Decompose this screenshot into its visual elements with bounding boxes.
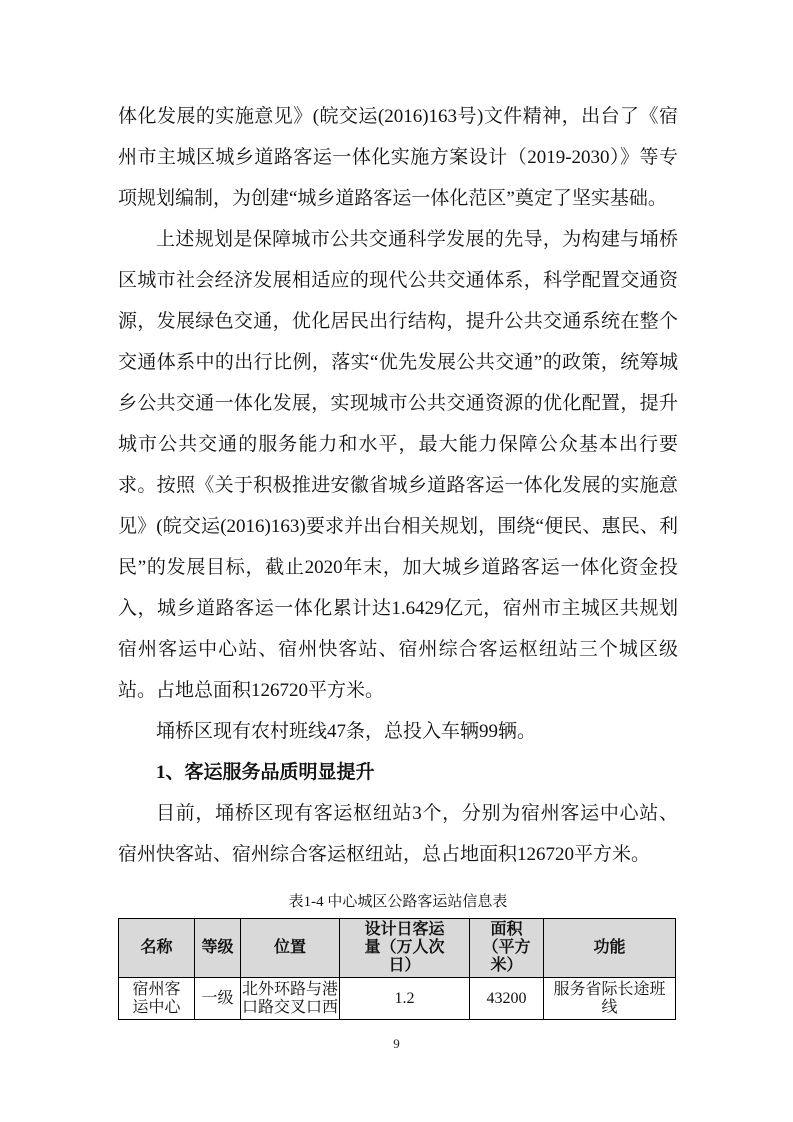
cell-grade: 一级 xyxy=(195,978,241,1020)
paragraph-hub-stations: 目前，埇桥区现有客运枢纽站3个，分别为宿州客运中心站、宿州快客站、宿州综合客运枢… xyxy=(118,793,678,875)
table-header-location: 位置 xyxy=(241,919,340,978)
paragraph-rural-lines: 埇桥区现有农村班线47条，总投入车辆99辆。 xyxy=(118,711,678,752)
section-heading: 1、客运服务品质明显提升 xyxy=(118,752,678,793)
table-header-capacity: 设计日客运量（万人次日） xyxy=(340,919,470,978)
document-body: 体化发展的实施意见》(皖交运(2016)163号)文件精神，出台了《宿州市主城区… xyxy=(118,96,678,1020)
cell-capacity: 1.2 xyxy=(340,978,470,1020)
bus-station-info-table: 名称 等级 位置 设计日客运量（万人次日） 面积（平方米） 功能 宿州客运中心 … xyxy=(118,918,676,1020)
table-header-function: 功能 xyxy=(544,919,676,978)
table-header-row: 名称 等级 位置 设计日客运量（万人次日） 面积（平方米） 功能 xyxy=(119,919,676,978)
cell-area: 43200 xyxy=(470,978,544,1020)
cell-location: 北外环路与港口路交叉口西 xyxy=(241,978,340,1020)
cell-function: 服务省际长途班线 xyxy=(544,978,676,1020)
document-page: 体化发展的实施意见》(皖交运(2016)163号)文件精神，出台了《宿州市主城区… xyxy=(0,0,793,1122)
table-caption: 表1-4 中心城区公路客运站信息表 xyxy=(118,892,678,912)
table-header-grade: 等级 xyxy=(195,919,241,978)
paragraph-planning: 上述规划是保障城市公共交通科学发展的先导，为构建与埇桥区城市社会经济发展相适应的… xyxy=(118,219,678,711)
table-row-suzhou-center: 宿州客运中心 一级 北外环路与港口路交叉口西 1.2 43200 服务省际长途班… xyxy=(119,978,676,1020)
paragraph-continuation: 体化发展的实施意见》(皖交运(2016)163号)文件精神，出台了《宿州市主城区… xyxy=(118,96,678,219)
table-header-name: 名称 xyxy=(119,919,195,978)
table-header-area: 面积（平方米） xyxy=(470,919,544,978)
cell-name: 宿州客运中心 xyxy=(119,978,195,1020)
page-number: 9 xyxy=(0,1036,793,1052)
